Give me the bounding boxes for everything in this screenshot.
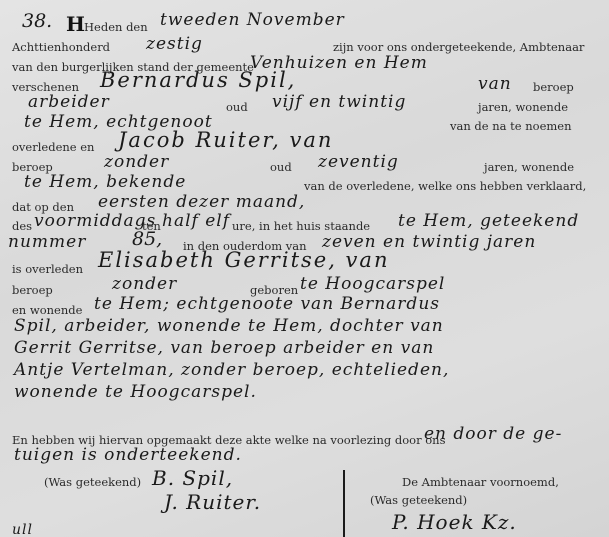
printed-text: Heden den [84, 20, 148, 34]
witness-signature-2: J. Ruiter. [164, 490, 261, 514]
official-signature: P. Hoek Kz. [392, 510, 517, 534]
handwritten-house-number: 85, [132, 228, 162, 250]
handwritten-age: zeventig [318, 152, 399, 172]
handwritten-declarant-2: Jacob Ruiter, van [118, 128, 333, 152]
handwritten-occupation: arbeider [28, 92, 110, 112]
official-title: De Ambtenaar voornoemd, [402, 475, 559, 489]
handwritten-parents: Gerrit Gerritse, van beroep arbeider en … [14, 338, 434, 358]
handwritten-parents: Antje Vertelman, zonder beroep, echtelie… [14, 360, 449, 380]
printed-text: beroep [533, 80, 574, 94]
was-geteekend-label: (Was geteekend) [44, 475, 141, 489]
handwritten-text: te Hem; echtgenoote van Bernardus [94, 294, 440, 314]
printed-text: is overleden [12, 262, 83, 276]
printed-text: Achttienhonderd [12, 40, 110, 54]
printed-text: beroep [12, 283, 53, 297]
handwritten-text: Spil, arbeider, wonende te Hem, dochter … [14, 316, 444, 336]
witness-signature-1: B. Spil, [152, 466, 233, 490]
handwritten-closing: en door de ge- [424, 424, 562, 444]
handwritten-text: van [478, 74, 512, 94]
printed-text: zijn voor ons ondergeteekende, Ambtenaar [333, 40, 584, 54]
was-geteekend-label: (Was geteekend) [370, 493, 467, 507]
printed-text: des [12, 219, 32, 233]
handwritten-deceased-name: Elisabeth Gerritse, van [98, 248, 389, 272]
handwritten-hour: half elf [162, 211, 230, 231]
act-number: 38. [22, 10, 52, 32]
handwritten-occupation: zonder [112, 274, 177, 294]
handwritten-residence: te Hem, bekende [24, 172, 186, 192]
handwritten-residence: wonende te Hoogcarspel. [14, 382, 257, 402]
handwritten-year: zestig [146, 34, 203, 54]
handwritten-address: te Hem, geteekend [398, 211, 579, 231]
handwritten-occupation: zonder [104, 152, 169, 172]
printed-text: oud [270, 160, 292, 174]
margin-mark: ull [12, 522, 33, 537]
handwritten-age: vijf en twintig [272, 92, 406, 112]
signature-divider-bracket [343, 470, 351, 537]
handwritten-birthplace: te Hoogcarspel [300, 274, 445, 294]
handwritten-closing: tuigen is onderteekend. [14, 445, 242, 465]
printed-text: ure, in het huis staande [232, 219, 370, 233]
printed-text: van de na te noemen [450, 119, 572, 133]
handwritten-text: nummer [8, 232, 86, 252]
handwritten-date: tweeden November [160, 10, 345, 30]
printed-text: jaren, wonende [478, 100, 568, 114]
printed-text: en wonende [12, 303, 82, 317]
handwritten-date-of-death: eersten dezer maand, [98, 192, 305, 212]
printed-text: overledene en [12, 140, 94, 154]
printed-text: jaren, wonende [484, 160, 574, 174]
printed-text: oud [226, 100, 248, 114]
printed-heden: H [66, 12, 85, 36]
handwritten-declarant-1: Bernardus Spil, [100, 68, 296, 92]
printed-text: van de overledene, welke ons hebben verk… [304, 179, 586, 193]
